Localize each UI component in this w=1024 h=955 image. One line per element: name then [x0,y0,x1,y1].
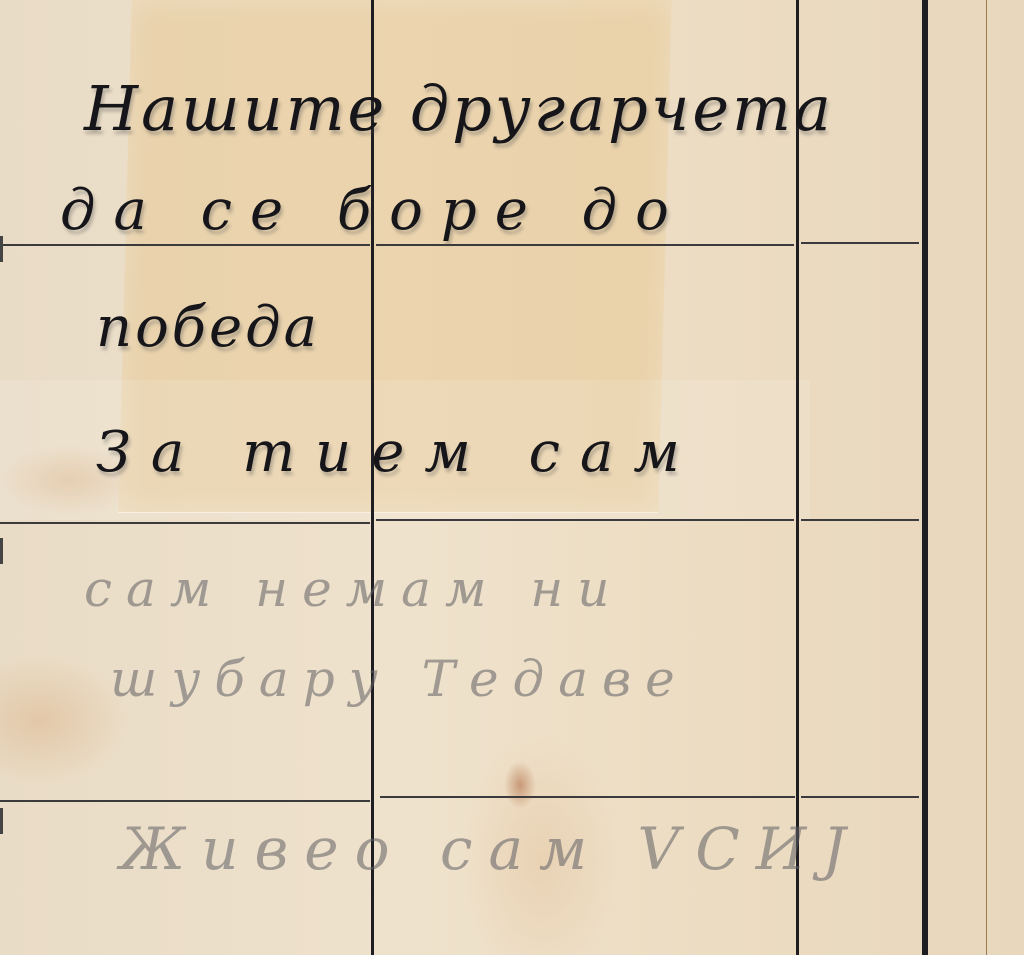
margin-tick-3 [0,808,3,834]
pencil-line-2: шубару Тедаве [110,650,689,708]
ink-line-1: Нашите другарчета [84,72,834,145]
row-rule-2c [801,519,919,521]
ink-line-2: да се боре до [60,178,687,243]
page-edge [986,0,987,955]
pencil-line-3: Живео сам VCИЈ [120,815,862,883]
row-rule-3c [801,796,919,798]
row-rule-1a [0,244,370,246]
pencil-line-1: сам немам ни [84,560,623,618]
column-rule-3-thick [922,0,928,955]
row-rule-3a [0,800,370,802]
ink-line-4: За тием сам [96,420,700,485]
ink-line-3: победа [96,295,320,360]
row-rule-1c [801,242,919,244]
row-rule-2b [376,519,794,521]
row-rule-1b [376,244,794,246]
row-rule-2a [0,522,370,524]
margin-tick-2 [0,538,3,564]
margin-tick-1 [0,236,3,262]
row-rule-3b [380,796,795,798]
